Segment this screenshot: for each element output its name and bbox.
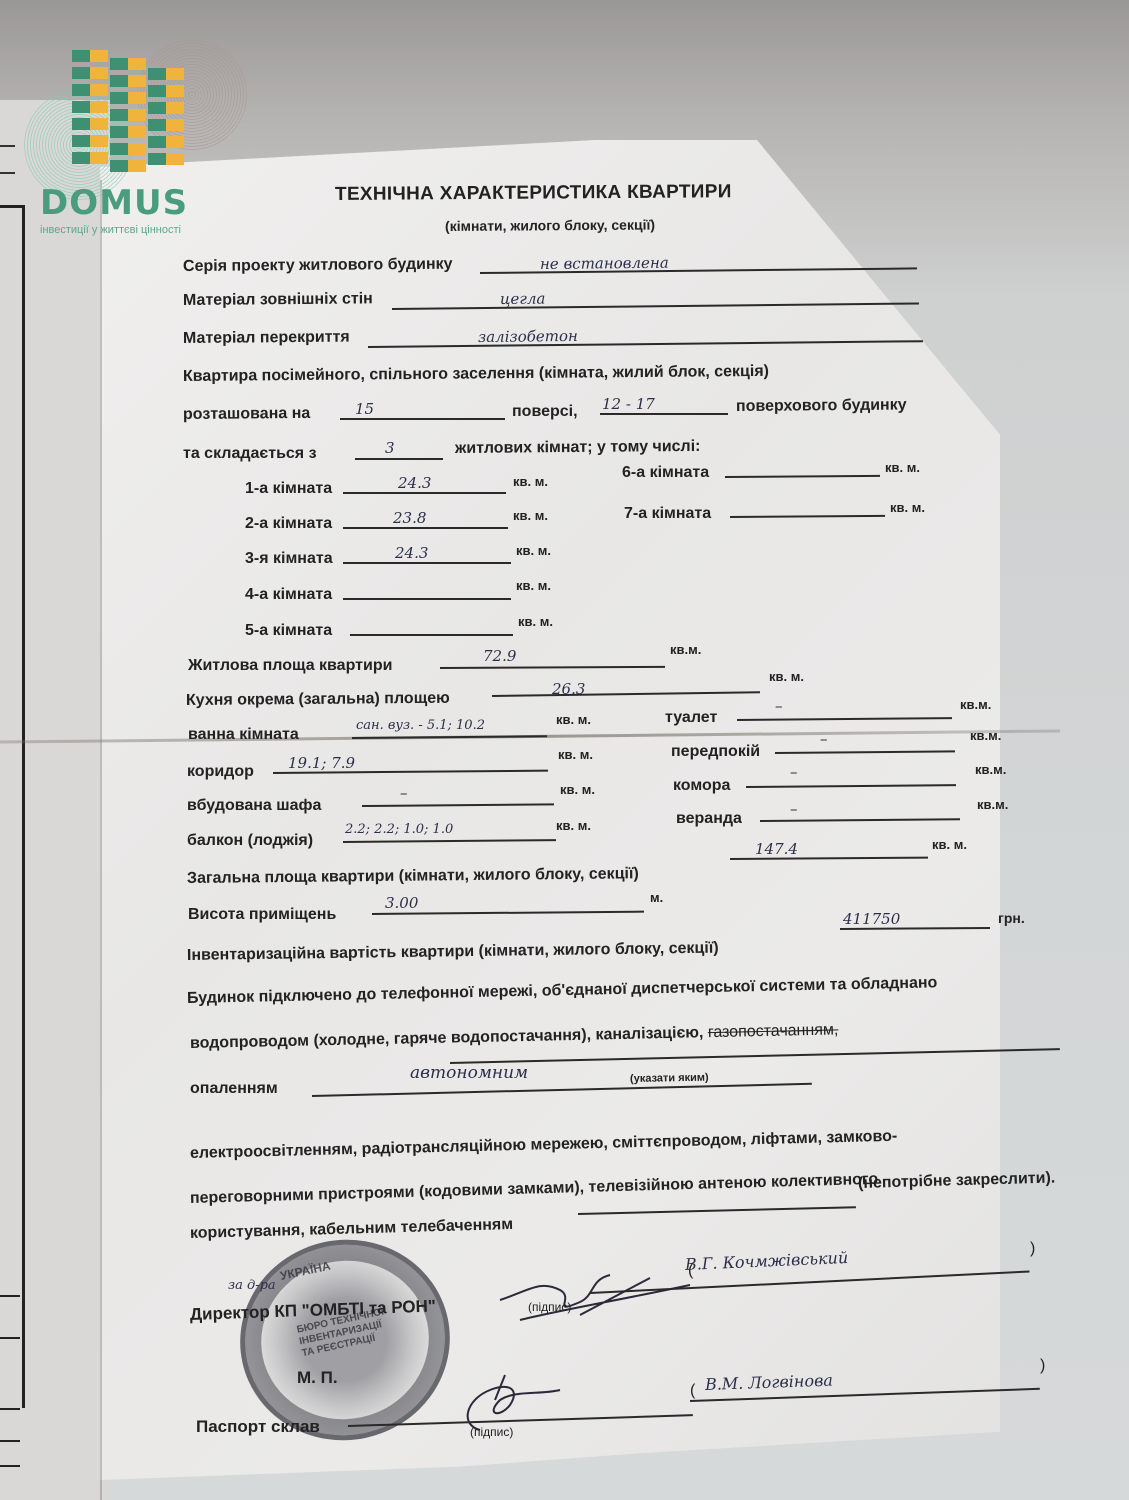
storage-label: комора xyxy=(673,777,730,795)
compiler-name: В.М. Логвінова xyxy=(705,1371,834,1394)
ceiling-height-label: Висота приміщень xyxy=(188,906,336,924)
stamp-top-text: УКРАЇНА xyxy=(279,1259,332,1283)
storeys-line xyxy=(600,413,728,415)
room-1-line xyxy=(343,492,506,494)
room-7-line xyxy=(730,515,885,518)
director-close-paren: ) xyxy=(1030,1240,1035,1258)
room-1-unit: кв. м. xyxy=(513,474,548,489)
veranda-value: – xyxy=(790,800,798,818)
balcony-value: 2.2; 2.2; 1.0; 1.0 xyxy=(345,822,453,837)
toilet-label: туалет xyxy=(665,709,717,727)
room-5-line xyxy=(350,634,513,636)
total-area-value: 147.4 xyxy=(755,840,798,858)
room-2-line xyxy=(343,527,508,529)
living-area-line xyxy=(440,666,665,669)
utilities-line-1: Будинок підключено до телефонної мережі,… xyxy=(187,974,938,1008)
hallway-label: передпокій xyxy=(671,743,760,761)
inventory-value-unit: грн. xyxy=(998,910,1025,926)
room-1-label: 1-а кімната xyxy=(245,480,332,498)
utilities-gas-struck: газопостачанням, xyxy=(708,1021,839,1041)
utilities-line-4: електроосвітленням, радіотрансляційною м… xyxy=(190,1128,898,1163)
bathroom-line xyxy=(352,735,547,738)
corridor-value: 19.1; 7.9 xyxy=(288,754,355,772)
wall-material-label: Матеріал зовнішніх стін xyxy=(183,290,373,310)
room-5-unit: кв. м. xyxy=(518,614,553,629)
storage-line xyxy=(746,784,956,787)
utilities-blank-line xyxy=(450,1048,1060,1063)
bathroom-label: ванна кімната xyxy=(188,726,299,744)
room-5-label: 5-а кімната xyxy=(245,622,332,640)
room-4-label: 4-а кімната xyxy=(245,586,332,604)
storage-value: – xyxy=(790,763,798,781)
corridor-label: коридор xyxy=(187,763,254,781)
utilities-water: водопроводом (холодне, гаряче водопостач… xyxy=(190,1024,704,1052)
bathroom-value: сан. вуз. - 5.1; 10.2 xyxy=(356,718,485,733)
room-7-label: 7-а кімната xyxy=(624,505,711,523)
location-mid: поверсі, xyxy=(512,403,578,421)
heating-value: автономним xyxy=(410,1063,528,1083)
compiler-open-paren: ( xyxy=(690,1382,695,1400)
floor-material-label: Матеріал перекриття xyxy=(183,329,350,348)
kitchen-label: Кухня окрема (загальна) площею xyxy=(186,690,450,710)
wardrobe-line xyxy=(362,803,554,806)
toilet-value: – xyxy=(775,697,783,715)
room-3-label: 3-я кімната xyxy=(245,550,333,568)
document-subtitle: (кімнати, жилого блоку, секції) xyxy=(445,217,655,234)
heating-label: опаленням xyxy=(190,1080,278,1098)
toilet-unit: кв.м. xyxy=(960,697,991,712)
room-7-unit: кв. м. xyxy=(890,500,925,515)
room-6-label: 6-а кімната xyxy=(622,464,709,482)
director-prefix: за д-ра xyxy=(228,1278,276,1293)
storage-unit: кв.м. xyxy=(975,762,1006,777)
heating-hint: (указати яким) xyxy=(630,1072,709,1085)
room-3-unit: кв. м. xyxy=(516,543,551,558)
kitchen-line xyxy=(492,691,760,696)
utilities-line-6-line xyxy=(578,1206,856,1214)
compiler-label: Паспорт склав xyxy=(196,1417,320,1437)
project-series-value: не встановлена xyxy=(540,254,669,273)
wall-material-value: цегла xyxy=(500,290,546,308)
corridor-unit: кв. м. xyxy=(558,747,593,762)
balcony-label: балкон (лоджія) xyxy=(187,832,313,850)
rooms-count-line xyxy=(355,458,443,460)
wall-material-line xyxy=(392,302,919,309)
living-area-value: 72.9 xyxy=(483,647,516,665)
room-3-line xyxy=(343,562,511,564)
director-signature xyxy=(480,1260,700,1340)
floor-material-value: залізобетон xyxy=(478,327,578,346)
inventory-value-value: 411750 xyxy=(843,910,900,928)
total-area-unit: кв. м. xyxy=(932,837,967,852)
document-content: ТЕХНІЧНА ХАРАКТЕРИСТИКА КВАРТИРИ (кімнат… xyxy=(0,0,1129,1500)
room-6-unit: кв. м. xyxy=(885,460,920,475)
balcony-unit: кв. м. xyxy=(556,818,591,833)
director-open-paren: ( xyxy=(688,1262,693,1280)
heating-line xyxy=(312,1083,812,1097)
floor-line xyxy=(340,418,505,420)
living-area-unit: кв.м. xyxy=(670,642,701,657)
total-area-label: Загальна площа квартири (кімнати, жилого… xyxy=(187,865,639,888)
document-title: ТЕХНІЧНА ХАРАКТЕРИСТИКА КВАРТИРИ xyxy=(335,181,732,206)
room-2-value: 23.8 xyxy=(393,509,426,527)
hallway-line xyxy=(775,750,955,753)
room-3-value: 24.3 xyxy=(395,544,428,562)
veranda-label: веранда xyxy=(676,810,742,828)
hallway-unit: кв.м. xyxy=(970,728,1001,743)
kitchen-value: 26.3 xyxy=(552,680,585,698)
director-name: В.Г. Кочмжівський xyxy=(685,1248,849,1274)
room-6-line xyxy=(725,475,880,478)
floor-material-line xyxy=(368,340,923,347)
room-2-label: 2-а кімната xyxy=(245,515,332,533)
living-area-label: Житлова площа квартири xyxy=(188,657,392,675)
floor-value: 15 xyxy=(355,400,374,418)
compiler-sign-hint: (підпис) xyxy=(470,1425,513,1439)
room-4-unit: кв. м. xyxy=(516,578,551,593)
compiler-signature xyxy=(440,1370,600,1440)
utilities-line-5: переговорними пристроями (кодовими замка… xyxy=(190,1171,879,1208)
stamp-place-label: М. П. xyxy=(297,1368,338,1388)
wardrobe-label: вбудована шафа xyxy=(187,797,321,815)
veranda-unit: кв.м. xyxy=(977,797,1008,812)
project-series-label: Серія проекту житлового будинку xyxy=(183,256,453,276)
balcony-line xyxy=(343,839,556,842)
wardrobe-value: – xyxy=(400,784,408,802)
room-2-unit: кв. м. xyxy=(513,508,548,523)
utilities-line-2: водопроводом (холодне, гаряче водопостач… xyxy=(190,1021,839,1053)
room-4-line xyxy=(343,598,511,600)
compiler-close-paren: ) xyxy=(1040,1357,1045,1375)
veranda-line xyxy=(760,818,960,821)
occupancy-line: Квартира посімейного, спільного заселенн… xyxy=(183,363,769,386)
toilet-line xyxy=(737,717,952,720)
rooms-count-prefix: та складається з xyxy=(183,445,317,463)
director-sign-hint: (підпис) xyxy=(528,1300,571,1314)
rooms-count-value: 3 xyxy=(385,439,395,457)
room-1-value: 24.3 xyxy=(398,474,431,492)
location-suffix: поверхового будинку xyxy=(736,397,907,416)
ceiling-height-value: 3.00 xyxy=(385,894,418,912)
bathroom-unit: кв. м. xyxy=(556,712,591,727)
kitchen-unit: кв. м. xyxy=(769,669,804,684)
wardrobe-unit: кв. м. xyxy=(560,782,595,797)
utilities-line-6-hint: (непотрібне закреслити). xyxy=(858,1169,1056,1193)
hallway-value: – xyxy=(820,730,828,748)
inventory-value-label: Інвентаризаційна вартість квартири (кімн… xyxy=(187,940,719,965)
ceiling-height-unit: м. xyxy=(650,890,663,905)
storeys-value: 12 - 17 xyxy=(602,395,655,413)
location-prefix: розташована на xyxy=(183,405,310,424)
rooms-count-suffix: житлових кімнат; у тому числі: xyxy=(455,438,701,458)
